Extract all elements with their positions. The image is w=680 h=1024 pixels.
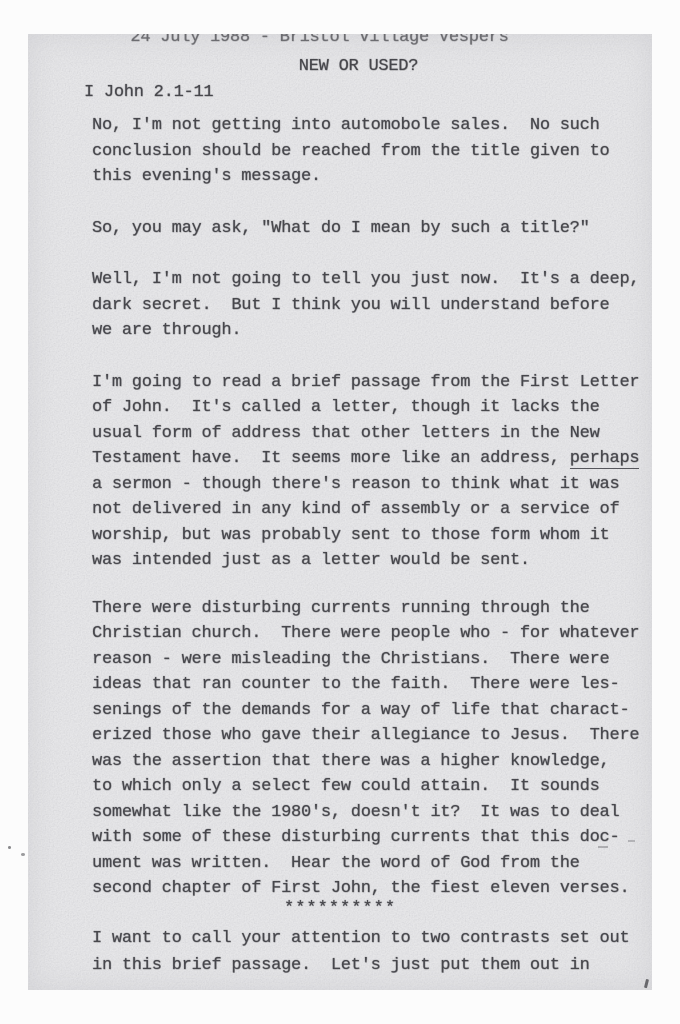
text-line: erized those who gave their allegiance t… <box>92 723 652 749</box>
text-line: dark secret. But I think you will unders… <box>92 293 652 319</box>
scan-artifact-smudge <box>628 840 635 842</box>
scan-artifact-dot <box>8 846 11 849</box>
paragraph-about-letter: I'm going to read a brief passage from t… <box>92 370 652 574</box>
text-line: this evening's message. <box>92 164 652 190</box>
text-line: a sermon - though there's reason to thin… <box>92 472 652 498</box>
text-line: we are through. <box>92 318 652 344</box>
text-line: to which only a select few could attain.… <box>92 774 652 800</box>
text-line: in this brief passage. Let's just put th… <box>92 952 652 979</box>
clipped-header-row: 24 July 1988 - Bristol Village Vespers <box>92 34 652 52</box>
underlined-word: perhaps <box>570 449 640 469</box>
scanned-page: 24 July 1988 - Bristol Village Vespers N… <box>0 0 680 1024</box>
paragraph-disturbing-currents: There were disturbing currents running t… <box>92 596 652 902</box>
scan-area: 24 July 1988 - Bristol Village Vespers N… <box>28 34 652 990</box>
text-line: of John. It's called a letter, though it… <box>92 395 652 421</box>
text-line: There were disturbing currents running t… <box>92 596 652 622</box>
text-line-with-underline: Testament have. It seems more like an ad… <box>92 446 652 472</box>
text-line: not delivered in any kind of assembly or… <box>92 497 652 523</box>
text-line: Well, I'm not going to tell you just now… <box>92 267 652 293</box>
text-line: was the assertion that there was a highe… <box>92 749 652 775</box>
text-line: No, I'm not getting into automobole sale… <box>92 113 652 139</box>
paragraph-two-contrasts: I want to call your attention to two con… <box>92 925 652 979</box>
text-line: was intended just as a letter would be s… <box>92 548 652 574</box>
text-line: senings of the demands for a way of life… <box>92 698 652 724</box>
text-line: So, you may ask, "What do I mean by such… <box>92 216 652 242</box>
text-line: usual form of address that other letters… <box>92 421 652 447</box>
text-line: Christian church. There were people who … <box>92 621 652 647</box>
text-line: ument was written. Hear the word of God … <box>92 851 652 877</box>
text-line: conclusion should be reached from the ti… <box>92 139 652 165</box>
text-line: ideas that ran counter to the faith. The… <box>92 672 652 698</box>
scan-artifact-smudge <box>598 846 608 848</box>
text-line: reason - were misleading the Christians.… <box>92 647 652 673</box>
text-line: somewhat like the 1980's, doesn't it? It… <box>92 800 652 826</box>
text-segment: Testament have. It seems more like an ad… <box>92 449 570 468</box>
typewritten-content: 24 July 1988 - Bristol Village Vespers N… <box>28 34 652 979</box>
scan-artifact-dot <box>21 853 25 856</box>
scripture-reference: I John 2.1-11 <box>84 80 652 106</box>
text-line: with some of these disturbing currents t… <box>92 825 652 851</box>
paragraph-intro: No, I'm not getting into automobole sale… <box>92 113 652 190</box>
paragraph-question: So, you may ask, "What do I mean by such… <box>92 216 652 242</box>
sermon-title: NEW OR USED? <box>76 54 641 80</box>
paragraph-secret: Well, I'm not going to tell you just now… <box>92 267 652 344</box>
text-line: I want to call your attention to two con… <box>92 925 652 952</box>
text-line: worship, but was probably sent to those … <box>92 523 652 549</box>
text-line: I'm going to read a brief passage from t… <box>92 370 652 396</box>
date-event-header: 24 July 1988 - Bristol Village Vespers <box>92 34 602 51</box>
